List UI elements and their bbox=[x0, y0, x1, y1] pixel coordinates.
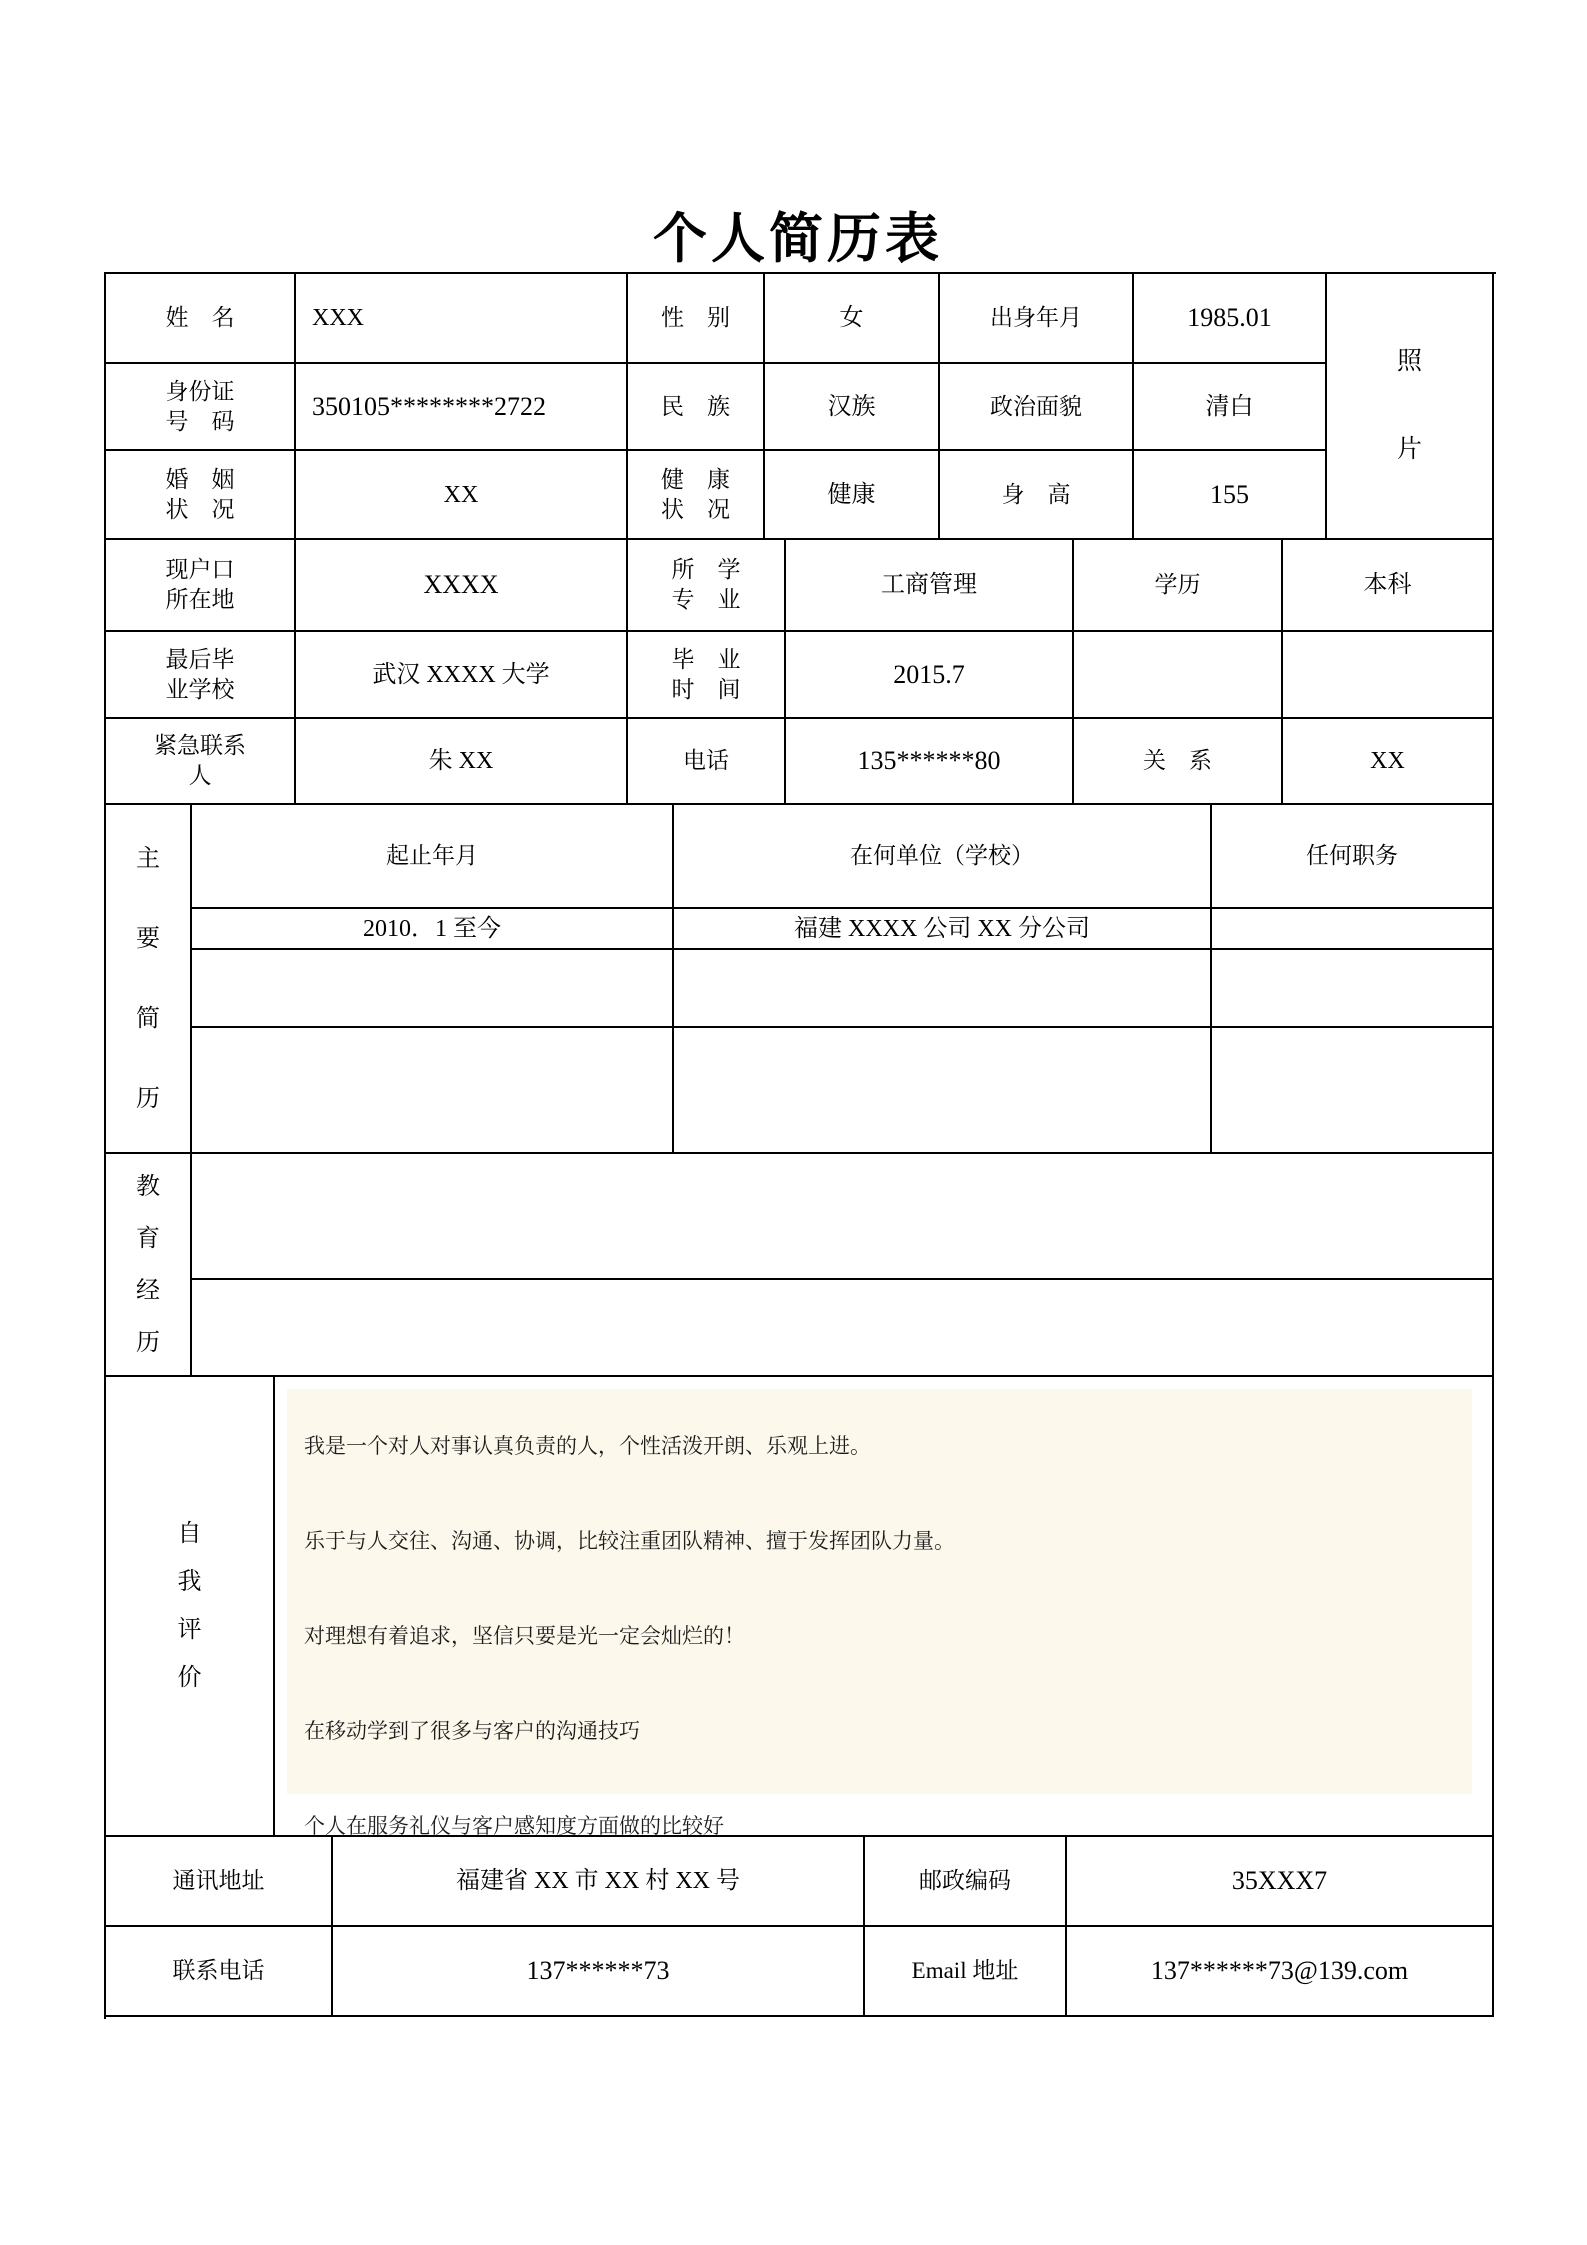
career-row-period bbox=[192, 1028, 674, 1154]
career-row-organization bbox=[674, 1028, 1212, 1154]
photo-placeholder: 照 片 bbox=[1327, 274, 1494, 540]
band-contact: 通讯地址 福建省 XX 市 XX 村 XX 号 邮政编码 35XXX7 联系电话… bbox=[106, 1837, 1496, 2017]
graduation-value: 2015.7 bbox=[786, 632, 1074, 719]
career-row-organization: 福建 XXXX 公司 XX 分公司 bbox=[674, 909, 1212, 950]
self-evaluation-line: 在移动学到了很多与客户的沟通技巧 bbox=[304, 1720, 1452, 1742]
id-number-value: 350105********2722 bbox=[296, 364, 628, 451]
career-col-period: 起止年月 bbox=[192, 805, 674, 909]
self-evaluation-line: 我是一个对人对事认真负责的人，个性活泼开朗、乐观上进。 bbox=[304, 1435, 1452, 1457]
email-label: Email 地址 bbox=[865, 1927, 1067, 2017]
career-row-position bbox=[1212, 1028, 1494, 1154]
address-value: 福建省 XX 市 XX 村 XX 号 bbox=[333, 1837, 865, 1927]
tel-label: 联系电话 bbox=[106, 1927, 333, 2017]
resume-table: 姓 名 XXX 性 别 女 出身年月 1985.01 身份证 号 码 35010… bbox=[104, 272, 1496, 2019]
education-row bbox=[192, 1280, 1494, 1377]
education-level-label: 学历 bbox=[1074, 540, 1283, 632]
emergency-contact-value: 朱 XX bbox=[296, 719, 628, 805]
education-level-value: 本科 bbox=[1283, 540, 1494, 632]
ethnicity-value: 汉族 bbox=[765, 364, 940, 451]
emergency-contact-label: 紧急联系 人 bbox=[106, 719, 296, 805]
row5-blank-cell-2 bbox=[1283, 632, 1494, 719]
major-value: 工商管理 bbox=[786, 540, 1074, 632]
self-evaluation-section-label: 自 我 评 价 bbox=[106, 1377, 275, 1837]
row5-blank-cell-1 bbox=[1074, 632, 1283, 719]
band-education: 教 育 经 历 bbox=[106, 1154, 1496, 1377]
health-label: 健 康 状 况 bbox=[628, 451, 765, 540]
band-basic-top: 姓 名 XXX 性 别 女 出身年月 1985.01 身份证 号 码 35010… bbox=[106, 274, 1496, 540]
email-value: 137******73@139.com bbox=[1067, 1927, 1494, 2017]
self-evaluation-text: 我是一个对人对事认真负责的人，个性活泼开朗、乐观上进。 乐于与人交往、沟通、协调… bbox=[287, 1389, 1472, 1794]
zip-value: 35XXX7 bbox=[1067, 1837, 1494, 1927]
emergency-phone-value: 135******80 bbox=[786, 719, 1074, 805]
school-value: 武汉 XXXX 大学 bbox=[296, 632, 628, 719]
marital-status-label: 婚 姻 状 况 bbox=[106, 451, 296, 540]
education-row bbox=[192, 1154, 1494, 1280]
relation-value: XX bbox=[1283, 719, 1494, 805]
self-evaluation-line: 个人在服务礼仪与客户感知度方面做的比较好 bbox=[304, 1815, 1452, 1837]
career-row-position bbox=[1212, 950, 1494, 1028]
birth-date-label: 出身年月 bbox=[940, 274, 1134, 364]
ethnicity-label: 民 族 bbox=[628, 364, 765, 451]
career-col-position: 任何职务 bbox=[1212, 805, 1494, 909]
height-value: 155 bbox=[1134, 451, 1327, 540]
page-title: 个人简历表 bbox=[104, 196, 1492, 273]
career-col-organization: 在何单位（学校） bbox=[674, 805, 1212, 909]
graduation-label: 毕 业 时 间 bbox=[628, 632, 786, 719]
residence-value: XXXX bbox=[296, 540, 628, 632]
emergency-phone-label: 电话 bbox=[628, 719, 786, 805]
career-row-period bbox=[192, 950, 674, 1028]
residence-label: 现户口 所在地 bbox=[106, 540, 296, 632]
career-row: 2010．1 至今 福建 XXXX 公司 XX 分公司 bbox=[192, 909, 1494, 950]
self-evaluation-content: 我是一个对人对事认真负责的人，个性活泼开朗、乐观上进。 乐于与人交往、沟通、协调… bbox=[275, 1377, 1494, 1837]
tel-value: 137******73 bbox=[333, 1927, 865, 2017]
address-label: 通讯地址 bbox=[106, 1837, 333, 1927]
marital-status-value: XX bbox=[296, 451, 628, 540]
career-row-organization bbox=[674, 950, 1212, 1028]
school-label: 最后毕 业学校 bbox=[106, 632, 296, 719]
career-row-period: 2010．1 至今 bbox=[192, 909, 674, 950]
band-basic-bottom: 现户口 所在地 XXXX 所 学 专 业 工商管理 学历 本科 最后毕 业学校 … bbox=[106, 540, 1496, 805]
career-row-position bbox=[1212, 909, 1494, 950]
height-label: 身 高 bbox=[940, 451, 1134, 540]
name-label: 姓 名 bbox=[106, 274, 296, 364]
major-label: 所 学 专 业 bbox=[628, 540, 786, 632]
political-status-label: 政治面貌 bbox=[940, 364, 1134, 451]
self-evaluation-line: 对理想有着追求，坚信只要是光一定会灿烂的！ bbox=[304, 1625, 1452, 1647]
career-section-label: 主 要 简 历 bbox=[106, 805, 192, 1154]
gender-value: 女 bbox=[765, 274, 940, 364]
name-value: XXX bbox=[296, 274, 628, 364]
zip-label: 邮政编码 bbox=[865, 1837, 1067, 1927]
career-row bbox=[192, 950, 1494, 1028]
self-evaluation-line: 乐于与人交往、沟通、协调，比较注重团队精神、擅于发挥团队力量。 bbox=[304, 1530, 1452, 1552]
career-row bbox=[192, 1028, 1494, 1154]
band-career: 主 要 简 历 起止年月 在何单位（学校） 任何职务 2010．1 至今 福建 … bbox=[106, 805, 1496, 1154]
band-self-evaluation: 自 我 评 价 我是一个对人对事认真负责的人，个性活泼开朗、乐观上进。 乐于与人… bbox=[106, 1377, 1496, 1837]
political-status-value: 清白 bbox=[1134, 364, 1327, 451]
resume-document: { "title": "个人简历表", "colors": { "border"… bbox=[0, 0, 1587, 2245]
health-value: 健康 bbox=[765, 451, 940, 540]
education-section-label: 教 育 经 历 bbox=[106, 1154, 192, 1377]
birth-date-value: 1985.01 bbox=[1134, 274, 1327, 364]
gender-label: 性 别 bbox=[628, 274, 765, 364]
id-number-label: 身份证 号 码 bbox=[106, 364, 296, 451]
relation-label: 关 系 bbox=[1074, 719, 1283, 805]
